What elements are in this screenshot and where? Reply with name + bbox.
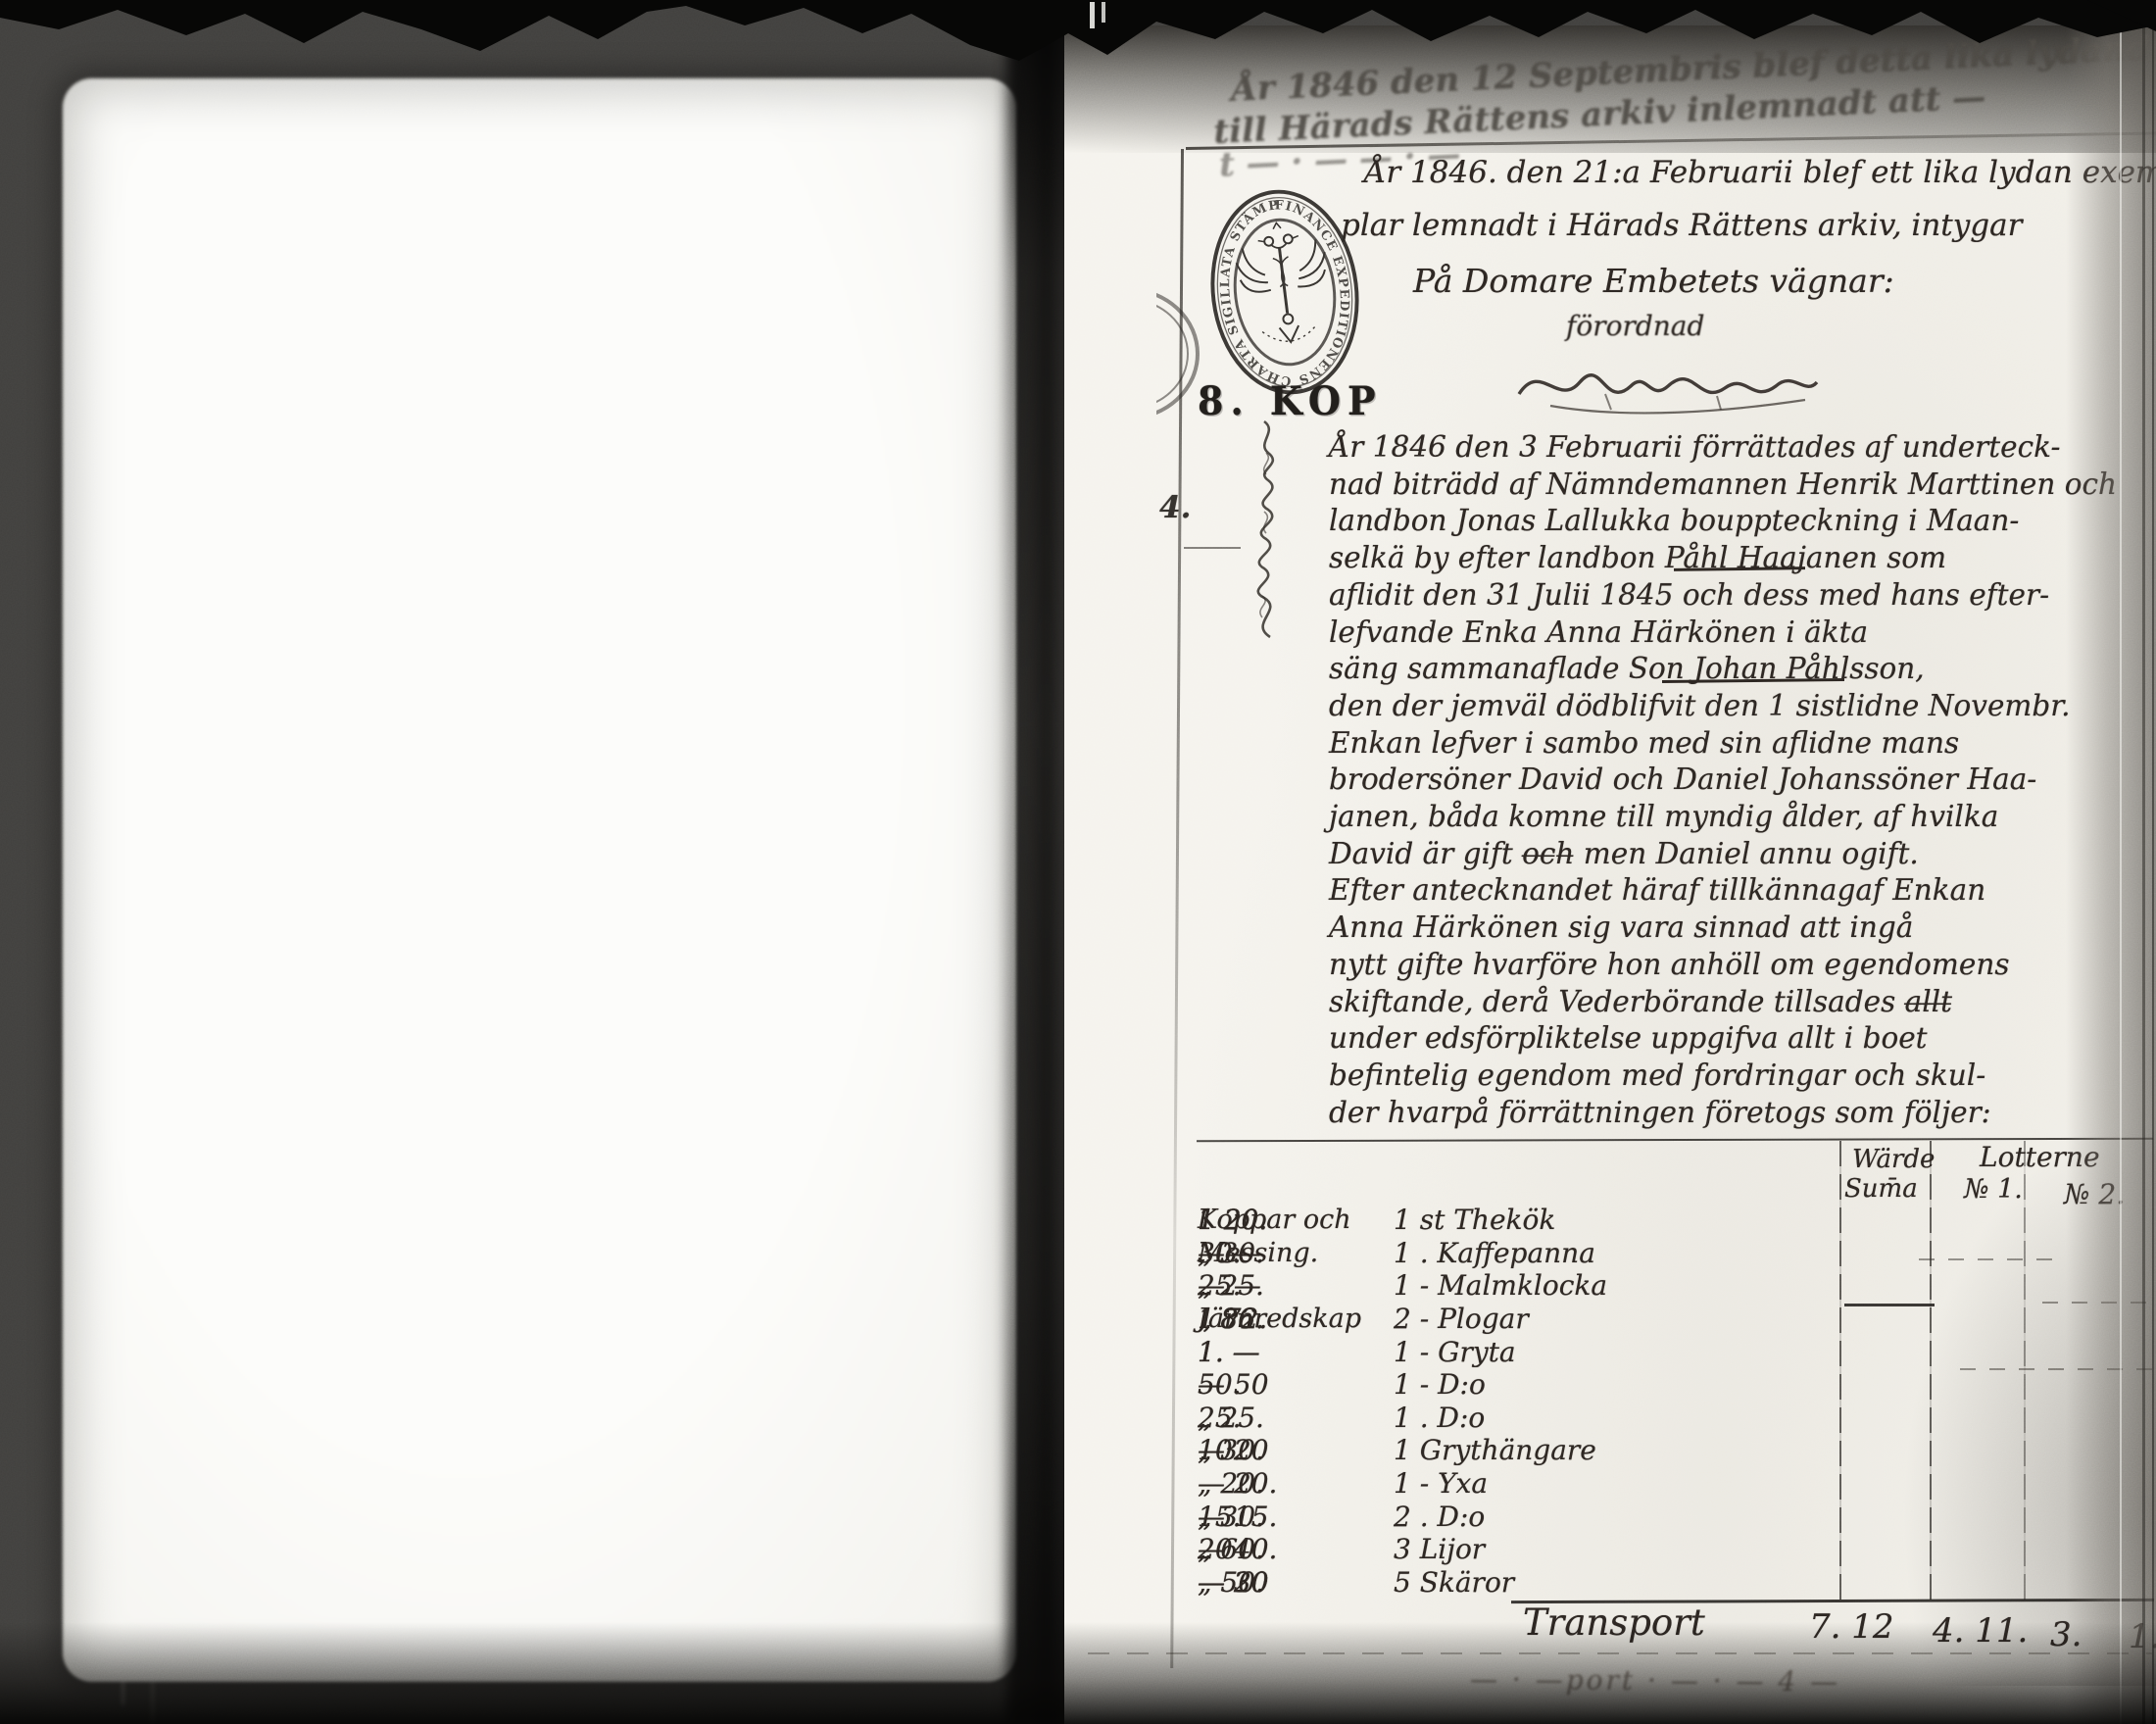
table-cell-lott1: 1 20. — [1198, 1204, 1267, 1236]
scanned-book-spread: År 1846 den 12 Septembris blef detta lik… — [0, 0, 2156, 1724]
table-cell-lott1: 1. — — [1198, 1336, 1260, 1368]
protocol-line: janen, båda komne till myndig ålder, af … — [1329, 799, 2152, 836]
column-header-lott-1: № 1. — [1964, 1174, 2023, 1205]
table-cell-lott2: — 40. — [1198, 1533, 1277, 1565]
table-row: 3 Lijor„ 60.20— 40. — [1198, 1533, 2154, 1566]
table-row: 1 - D:o— 5050. — [1198, 1368, 2154, 1402]
protocol-line: brodersöner David och Daniel Johanssöner… — [1329, 762, 2152, 799]
table-cell-lott2: 25. — [1198, 1269, 1242, 1302]
table-row: 1 - Malmklocka„ 25.— —25. — [1198, 1269, 2154, 1303]
signature-scribble — [1511, 343, 1825, 421]
protocol-line: landbon Jonas Lallukka bouppteckning i M… — [1329, 503, 2152, 540]
table-row: 1 - Yxa„ 20.— 20. — [1198, 1467, 2154, 1501]
leader-dashes — [1919, 1258, 2056, 1260]
table-row: 1 . D:o„ 25.25. — [1198, 1402, 2154, 1435]
table-cell-lott2: 10. — [1198, 1434, 1242, 1466]
table-row: 2 . D:o„ 30.15.— 15. — [1198, 1500, 2154, 1533]
protocol-line: Anna Härkönen sig vara sinnad att ingå — [1329, 910, 2152, 947]
protocol-line: den der jemväl dödblifvit den 1 sistlidn… — [1329, 688, 2152, 725]
table-row: Järnredskap2 - Plogar1 72.„ 86„ 86. — [1198, 1303, 2154, 1336]
table-cell-lott2: — 20 — [1198, 1566, 1269, 1599]
revenue-stamp-seal: FINANCE EXPEDITIONENS CHARTA SIGILLATA S… — [1195, 173, 1375, 411]
protocol-line: År 1846 den 3 Februarii förrättades af u… — [1329, 429, 2152, 467]
section-sum-rule — [1844, 1304, 1935, 1306]
protocol-line: nad biträdd af Nämndemannen Henrik Martt… — [1329, 467, 2152, 504]
certificate-line: förordnad — [1566, 310, 1704, 342]
protocol-line: under edsförpliktelse uppgifva allt i bo… — [1329, 1020, 2152, 1058]
protocol-line: befintelig egendom med fordringar och sk… — [1329, 1058, 2152, 1095]
table-cell-lott2: — 15. — [1198, 1501, 1277, 1533]
table-row: 1 - Gryta1. —1. — — [1198, 1335, 2154, 1368]
page-edge-highlight — [2120, 25, 2122, 1724]
protocol-line: nytt gifte hvarföre hon anhöll om egendo… — [1329, 947, 2152, 984]
column-header-summa: Sum̄a — [1844, 1174, 1918, 1204]
protocol-line: der hvarpå förrättningen företogs som fö… — [1329, 1095, 2152, 1132]
left-blank-page — [63, 78, 1016, 1682]
torn-film-edge — [0, 0, 2156, 69]
table-cell-lott2: 30. — [1198, 1237, 1242, 1269]
table-row: 1 Grythängare„ 30.— 2010. — [1198, 1434, 2154, 1467]
certificate-line: År 1846. den 21:a Februarii blef ett lik… — [1364, 155, 2156, 190]
vertical-scribble-note — [1233, 416, 1298, 643]
margin-page-number: 4. — [1159, 490, 1191, 525]
protocol-line: skiftande, derå Vederbörande tillsades a… — [1329, 984, 2152, 1021]
table-row: 5 Skäror„ 50.— 30— 20 — [1198, 1566, 2154, 1600]
protocol-line: aflidit den 31 Julii 1845 och dess med h… — [1329, 577, 2152, 615]
bottom-scan-shadow — [0, 1622, 2156, 1724]
protocol-line: selkä by efter landbon Påhl Haajanen som — [1329, 540, 2152, 577]
column-header-varde: Wärde — [1852, 1145, 1935, 1174]
table-row: Messing.1 . Kaffepanna„ 30.— —30. — [1198, 1237, 2154, 1270]
certificate-line: plar lemnadt i Härads Rättens arkiv, int… — [1341, 208, 2022, 243]
page-edge-streak — [2142, 25, 2145, 1724]
dust-specks — [63, 78, 65, 80]
table-cell-lott1: — 20. — [1198, 1467, 1277, 1500]
table-cell-lott2: „ 86. — [1198, 1303, 1264, 1335]
tape-tick — [1090, 2, 1095, 28]
table-cell-lott2: 25. — [1198, 1402, 1242, 1434]
protocol-line: Efter antecknandet häraf tillkännagaf En… — [1329, 872, 2152, 910]
protocol-line: Enkan lefver i sambo med sin aflidne man… — [1329, 725, 2152, 763]
certificate-line: På Domare Embetets vägnar: — [1413, 262, 1894, 300]
protocol-line: David är gift o̶c̶h̶ men Daniel annu ogi… — [1329, 836, 2152, 873]
tape-tick — [1102, 2, 1105, 23]
partial-second-seal — [1156, 286, 1203, 421]
table-cell-lott2: 50. — [1198, 1368, 1242, 1401]
table-row: Koppar och1 st Thekök1 20.1 20. — [1198, 1204, 2154, 1237]
protocol-text-block: År 1846 den 3 Februarii förrättades af u… — [1329, 429, 2152, 1131]
page-edge-streak — [2152, 25, 2154, 1724]
protocol-line: lefvande Enka Anna Härkönen i äkta — [1329, 615, 2152, 652]
protocol-line: säng sammanaflade Son Johan Påhlsson, — [1329, 651, 2152, 688]
table-rows: Koppar och1 st Thekök1 20.1 20.Messing.1… — [1198, 1204, 2154, 1599]
